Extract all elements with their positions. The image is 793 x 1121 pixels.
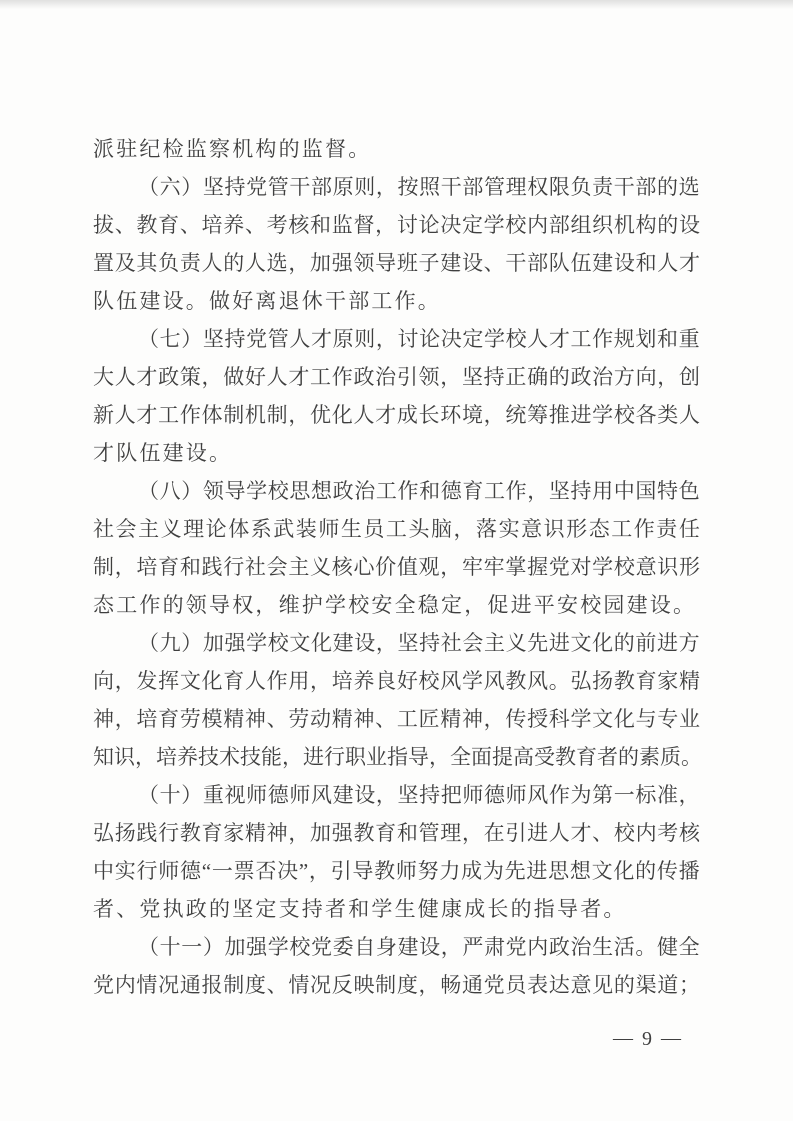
text-line: （十）重视师德师风建设，坚持把师德师风作为第一标准， (93, 776, 700, 814)
text-line: 者、党执政的坚定支持者和学生健康成长的指导者。 (93, 890, 700, 928)
text-line: （八）领导学校思想政治工作和德育工作，坚持用中国特色 (93, 472, 700, 510)
scan-top-shadow (0, 0, 793, 9)
text-line: 中实行师德“一票否决”，引导教师努力成为先进思想文化的传播 (93, 852, 700, 890)
text-line: 新人才工作体制机制，优化人才成长环境，统筹推进学校各类人 (93, 396, 700, 434)
text-line: 社会主义理论体系武装师生员工头脑，落实意识形态工作责任 (93, 510, 700, 548)
text-line: 神，培育劳模精神、劳动精神、工匠精神，传授科学文化与专业 (93, 700, 700, 738)
text-line: （十一）加强学校党委自身建设，严肃党内政治生活。健全 (93, 928, 700, 966)
text-line: 大人才政策，做好人才工作政治引领，坚持正确的政治方向，创 (93, 358, 700, 396)
text-line: 制，培育和践行社会主义核心价值观，牢牢掌握党对学校意识形 (93, 548, 700, 586)
text-line: 态工作的领导权，维护学校安全稳定，促进平安校园建设。 (93, 586, 700, 624)
text-line: 知识，培养技术技能，进行职业指导，全面提高受教育者的素质。 (93, 738, 700, 776)
text-line: （九）加强学校文化建设，坚持社会主义先进文化的前进方 (93, 624, 700, 662)
footer-dash-right: — (661, 1027, 681, 1050)
document-body: 派驻纪检监察机构的监督。（六）坚持党管干部原则，按照干部管理权限负责干部的选拔、… (93, 130, 700, 1004)
text-line: （六）坚持党管干部原则，按照干部管理权限负责干部的选 (93, 168, 700, 206)
document-page: 派驻纪检监察机构的监督。（六）坚持党管干部原则，按照干部管理权限负责干部的选拔、… (0, 0, 793, 1121)
text-line: 向，发挥文化育人作用，培养良好校风学风教风。弘扬教育家精 (93, 662, 700, 700)
text-line: 弘扬践行教育家精神，加强教育和管理，在引进人才、校内考核 (93, 814, 700, 852)
text-line: 置及其负责人的人选，加强领导班子建设、干部队伍建设和人才 (93, 244, 700, 282)
text-line: 党内情况通报制度、情况反映制度，畅通党员表达意见的渠道； (93, 966, 700, 1004)
text-line: （七）坚持党管人才原则，讨论决定学校人才工作规划和重 (93, 320, 700, 358)
text-line: 拔、教育、培养、考核和监督，讨论决定学校内部组织机构的设 (93, 206, 700, 244)
text-line: 派驻纪检监察机构的监督。 (93, 130, 700, 168)
page-number: 9 (642, 1028, 652, 1051)
page-footer: — 9 — (613, 1028, 681, 1051)
text-line: 队伍建设。做好离退休干部工作。 (93, 282, 700, 320)
text-line: 才队伍建设。 (93, 434, 700, 472)
footer-dash-left: — (613, 1027, 633, 1050)
